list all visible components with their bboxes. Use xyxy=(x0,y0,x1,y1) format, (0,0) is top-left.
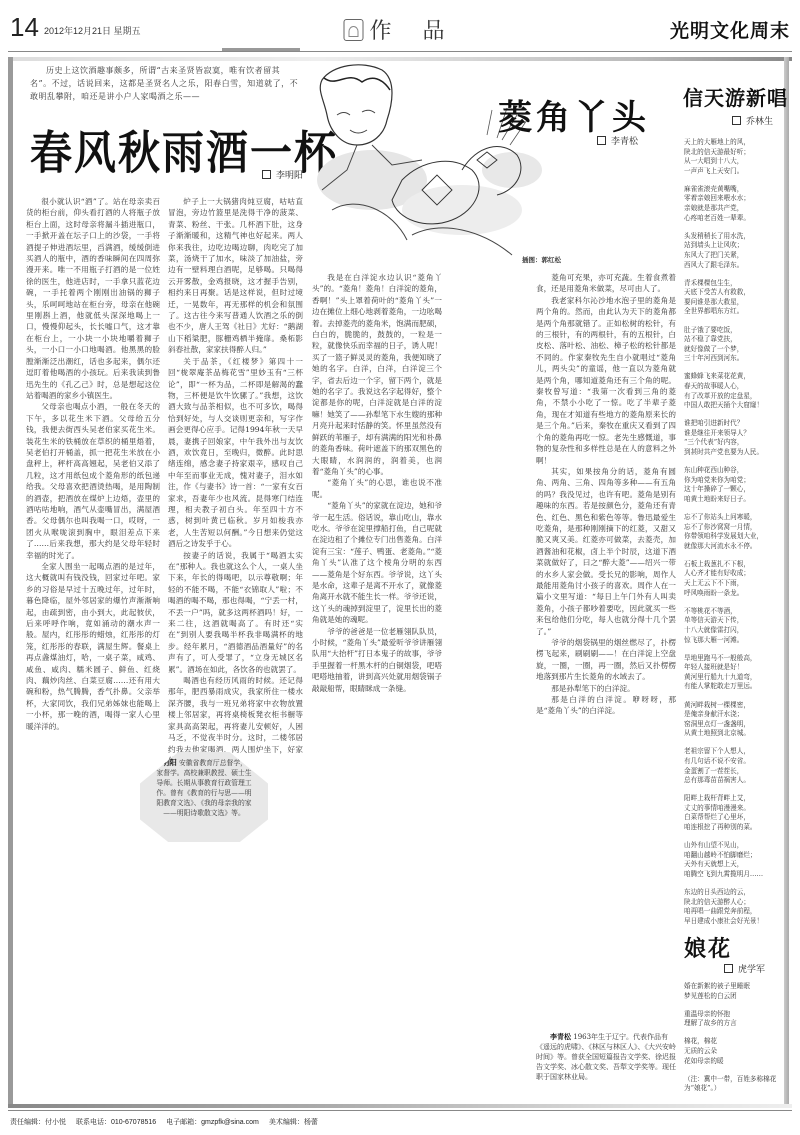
paragraph: 按妻子的话说，我属于“喝酒太实在”那种人。我也就这么个人，一桌人坐下来，年长的得… xyxy=(168,550,303,675)
paragraph: 我是在白洋淀水边认识“菱角丫头”的。“菱角！菱角！白洋淀的菱角，香啊！”头上罩着… xyxy=(312,272,442,477)
article2-byline: 李青松 xyxy=(597,134,638,147)
poem-line: 人心齐才能有好收成； xyxy=(684,569,782,579)
poem-line: 总有那毒苗苗祸害人。 xyxy=(684,776,782,786)
paragraph: 关于品茶，《红楼梦》第四十一回“栊翠庵茶品梅花雪”里妙玉有“三杯论”，即“一杯为… xyxy=(168,356,303,550)
poem-line: 年轻人接班就是好！ xyxy=(684,663,782,673)
poem-line: 站不稳了靠党扶， xyxy=(684,335,782,345)
article2-column-2: 菱角可充果，亦可充蔬。生着食煮着食，还是用菱角米做菜，尽可由人了。 我老家科尔沁… xyxy=(536,272,676,992)
poem-line: 蜜蜂蜂飞来菜花花黄， xyxy=(684,372,782,382)
article1-author: 李明阳 xyxy=(276,168,303,181)
poem-line: 站到墙头上让风吹； xyxy=(684,241,782,251)
poem-line: 东山种花西山种谷， xyxy=(684,466,782,476)
paragraph: 其实，如果按角分的话，菱角有圆角、两角、三角、四角等多种——有五角的吗？我没见过… xyxy=(536,466,676,637)
poem-line: 黄河里行船九十九道弯， xyxy=(684,673,782,683)
poem-line: 西风大了跟毛泽东。 xyxy=(684,261,782,271)
poem-line: 全世界都唱东方红。 xyxy=(684,307,782,317)
footer-phone: 联系电话：010-67078516 xyxy=(76,1117,156,1127)
poem-line: 咱连根挖了再种别的菜。 xyxy=(684,823,782,833)
poem-line: 亲娘就是那共产党， xyxy=(684,204,782,214)
poem-stanza: 谁把咱引进新时代？谁是继往开来领导人？“三个代表”好内容，到甚时共产党也要为人民… xyxy=(684,419,782,457)
byline-box-icon xyxy=(262,170,271,179)
poem-line: 零着亲娘回来喂水水； xyxy=(684,194,782,204)
footer-editor: 责任编辑：付小悦 xyxy=(10,1117,66,1127)
poem-line: 三十年河西到河东。 xyxy=(684,354,782,364)
paragraph: 我老家科尔沁沙地水泡子里的菱角是两个角的。然而，由此认为天下的菱角都是两个角那就… xyxy=(536,295,676,466)
masthead: 14 2012年12月21日 星期五 作 品 光明文化周末 xyxy=(8,10,792,50)
poem-line: 咱腾空飞到九霄揽明月…… xyxy=(684,870,782,880)
illustration-credit: 插图：郭红松 xyxy=(522,255,561,264)
poem-stanza: 东山种花西山种谷，你为咱党来你为咱党；这十年操碎了一颗心，咱黄土地盼来好日子。 xyxy=(684,466,782,504)
poem-line: 咱黄土地盼来好日子。 xyxy=(684,495,782,505)
poem2-author: 虎学军 xyxy=(738,962,765,975)
footer-email: 电子邮箱：gmzpfk@sina.com xyxy=(166,1117,259,1127)
poem-line: “三个代表”好内容， xyxy=(684,438,782,448)
section-header: 作 品 xyxy=(344,14,457,45)
poem-stanza: 青禾棵棵包生生，天底下受苦人有救救，要问谁是那大救星，全世界都唱东方红。 xyxy=(684,279,782,317)
poem-stanza: 山外有山望不见山，咱翻山越岭不怕脚磨烂；天外有天就想上天，咱腾空飞到九霄揽明月…… xyxy=(684,841,782,879)
paragraph: 爷爷的爸爸是一位老雁翎队队员，小时候，“菱角丫头”最爱听爷爷讲雁翎队用“大抬杆”… xyxy=(312,626,442,694)
poem-line: 从黄土地照到北京城。 xyxy=(684,729,782,739)
paragraph: 很小就认识“酒”了。站在母亲卖百货的柜台前，仰头看打酒的人将瓶子放柜台上面，这时… xyxy=(26,196,160,401)
paragraph: 全家人围坐一起喝点酒的是过年，这大概就叫有钱没钱，回家过年吧。家乡的习俗是早过十… xyxy=(26,561,160,732)
byline-box-icon xyxy=(732,116,741,125)
poem-stanza: 不等桃花不等酒，单等信天游天下传，十八大就像雷打闪，惊飞那大雁一河滩。 xyxy=(684,607,782,645)
poem-line: 惊飞那大雁一河滩。 xyxy=(684,636,782,646)
poem-line: 谁把咱引进新时代？ xyxy=(684,419,782,429)
poem-stanza: 阳畔上栽杆背畔上艾，丈丈的事情咱漫漫来。白菜帮帮烂了心里坏，咱连根挖了再种别的菜… xyxy=(684,794,782,832)
paragraph: 父母亲也喝点小酒，一般在冬天的下午，多以花生米下酒。父母给五分钱，我便去街西头吴… xyxy=(26,401,160,561)
byline-box-icon xyxy=(597,136,606,145)
footer-credits: 责任编辑：付小悦 联系电话：010-67078516 电子邮箱：gmzpfk@s… xyxy=(10,1117,318,1127)
bio-name: 李青松 xyxy=(550,1032,571,1041)
article2-column-1: 我是在白洋淀水边认识“菱角丫头”的。“菱角！菱角！白洋淀的菱角，香啊！”头上罩着… xyxy=(312,272,442,1104)
paragraph: 爷爷的烟袋锅里的烟丝燃尽了，扑楞楞飞起来，刷刷刷——！在白洋淀上空盘旋，一圈，一… xyxy=(536,637,676,683)
poem-line: 这十年操碎了一颗心， xyxy=(684,485,782,495)
poem-line: 金蛋割了一茬茬长， xyxy=(684,767,782,777)
poem-line: 呼风唤雨盼一条龙。 xyxy=(684,589,782,599)
poem-line: 不等桃花不等酒， xyxy=(684,607,782,617)
poem-line: 你带领咱科学发展划大业， xyxy=(684,532,782,542)
poem-line: 有能人掌舵敢走万里远。 xyxy=(684,682,782,692)
article1-column-2: 炉子上一大锅猪肉炖豆腐，咕咕直冒泡，旁边竹篮里是洗得干净的菠菜、青菜、粉丝、干张… xyxy=(168,196,303,1101)
poem-note: （注：冀中一带，百姓多称棉花为“娘花”。） xyxy=(684,1075,782,1094)
poem-line: 天外有天就想上天， xyxy=(684,860,782,870)
paragraph: 菱角可充果，亦可充蔬。生着食煮着食，还是用菱角米做菜，尽可由人了。 xyxy=(536,272,676,295)
poem-line: 山外有山望不见山， xyxy=(684,841,782,851)
poem2-title: 娘花 xyxy=(684,932,732,963)
masthead-rule xyxy=(8,51,792,52)
poem-line: 丈丈的事情咱漫漫来。 xyxy=(684,804,782,814)
poem-line: 肚子饿了要吃饭， xyxy=(684,326,782,336)
frame-right-bar xyxy=(784,57,789,1107)
poem-stanza: 东边的日头西边的云，陕北的信天游醉人心；咱再唱一曲跟党奔前程，早日建成小康社会好… xyxy=(684,888,782,926)
newspaper-logo: 光明文化周末 xyxy=(670,16,790,43)
footer-rule xyxy=(8,1110,792,1111)
poem-line: 重温母亲的怀抱 xyxy=(684,1010,782,1020)
poem-stanza: 麻雀雀滚壳黄嘴嘴，零着亲娘回来喂水水；亲娘就是那共产党，心疼咱老百姓一辈辈。 xyxy=(684,185,782,223)
poem-line: 天底下受苦人有救救， xyxy=(684,288,782,298)
paragraph: 炉子上一大锅猪肉炖豆腐，咕咕直冒泡，旁边竹篮里是洗得干净的菠菜、青菜、粉丝、干张… xyxy=(168,196,303,356)
poem1-title: 信天游新唱 xyxy=(683,82,788,111)
poem-line: 头发稍稍长了用水洗， xyxy=(684,232,782,242)
poem-stanza: 黄河畔栽树一棵棵密，是俺亲身献汗水浇；窑洞里点灯一盏盏明，从黄土地照到北京城。 xyxy=(684,701,782,739)
poem-stanza: 旱地里跑马不一般般高，年轻人接班就是好！黄河里行船九十九道弯，有能人掌舵敢走万里… xyxy=(684,654,782,692)
poem-line: 阳畔上栽杆背畔上艾， xyxy=(684,794,782,804)
poem-line: 白菜帮帮烂了心里坏， xyxy=(684,813,782,823)
poem1-body: 天上的大雁地上的风，陕北的信天游最好听；从一大唱到十八大，一声声飞上天安门。麻雀… xyxy=(684,138,782,935)
poem-line: 陕北的信天游最好听； xyxy=(684,148,782,158)
poem-line: 花如母亲的暖 xyxy=(684,1057,782,1067)
poem-stanza: 天上的大雁地上的风，陕北的信天游最好听；从一大唱到十八大，一声声飞上天安门。 xyxy=(684,138,782,176)
poem2-body: 婚在新絮的被子里睡眠梦见莲松的白云团重温母亲的怀抱理解了故乡的方言棉花，棉花无质… xyxy=(684,982,782,1102)
paragraph: “菱角丫头”的心思，谁也说不准呢。 xyxy=(312,477,442,500)
poem-line: 陕北的信天游醉人心； xyxy=(684,898,782,908)
poem-line: 旱地里跑马不一般般高， xyxy=(684,654,782,664)
section-name: 作 品 xyxy=(370,14,457,45)
poem-line: 要问谁是那大救星， xyxy=(684,298,782,308)
article2-author: 李青松 xyxy=(611,134,638,147)
poem-line: 十八大就像雷打闪， xyxy=(684,626,782,636)
article1-lede: 历史上这饮酒趣事颇多，所谓“古来圣贤皆寂寞，唯有饮者留其名”。不过，话说回来，这… xyxy=(30,64,300,103)
poem-line: 老祖宗留下个人想人， xyxy=(684,747,782,757)
poem-stanza: 肚子饿了要吃饭，站不稳了靠党扶，就好像做了一个梦，三十年河西到河东。 xyxy=(684,326,782,364)
paragraph: 那是孙犁笔下的白洋淀。 xyxy=(536,683,676,694)
book-emblem-icon xyxy=(344,19,364,41)
article2-title: 菱角丫头 xyxy=(498,90,650,139)
poem-stanza: 老祖宗留下个人想人，有几句话不说不安省。金蛋割了一茬茬长，总有那毒苗苗祸害人。 xyxy=(684,747,782,785)
poem-line: 春天的故事暖人心， xyxy=(684,382,782,392)
poem2-byline: 虎学军 xyxy=(724,962,765,975)
poem-stanza: 重温母亲的怀抱理解了故乡的方言 xyxy=(684,1010,782,1029)
article1-column-1: 很小就认识“酒”了。站在母亲卖百货的柜台前，仰头看打酒的人将瓶子放柜台上面，这时… xyxy=(26,196,160,1101)
footer-art-editor: 美术编辑：杨蕾 xyxy=(269,1117,318,1127)
poem-line: 咱翻山越岭不怕脚磨烂； xyxy=(684,851,782,861)
poem-line: 天上无云下不下雨， xyxy=(684,579,782,589)
poem-line: 有了改革开放的定盘星， xyxy=(684,392,782,402)
poem-line: 婚在新絮的被子里睡眠 xyxy=(684,982,782,992)
article1-byline: 李明阳 xyxy=(262,168,303,181)
frame-bottom-bar xyxy=(8,1104,792,1108)
poem-line: 窑洞里点灯一盏盏明， xyxy=(684,720,782,730)
paragraph: “菱角丫头”的家就在淀边，她和爷爷一起生活。俗话说，靠山吃山，靠水吃水。爷爷在淀… xyxy=(312,500,442,625)
poem-line: 天上的大雁地上的风， xyxy=(684,138,782,148)
poem-line: 早日建成小康社会好光景！ xyxy=(684,917,782,927)
poem-line: 你为咱党来你为咱党； xyxy=(684,476,782,486)
poem-line: 就像那大河流水永不停。 xyxy=(684,542,782,552)
poem-stanza: 石板上栽葱扎不下根，人心齐才能有好收成；天上无云下不下雨，呼风唤雨盼一条龙。 xyxy=(684,560,782,598)
byline-box-icon xyxy=(724,964,733,973)
poem-line: 单等信天游天下传， xyxy=(684,616,782,626)
poem-line: 谁是继往开来领导人？ xyxy=(684,429,782,439)
poem1-author: 乔林生 xyxy=(746,114,773,127)
poem-line: 东边的日头西边的云， xyxy=(684,888,782,898)
poem-line: 黄河畔栽树一棵棵密， xyxy=(684,701,782,711)
poem-line: 咱再唱一曲跟党奔前程， xyxy=(684,907,782,917)
issue-date: 2012年12月21日 星期五 xyxy=(44,24,141,37)
poem-line: 忘不了你站头上问寒暖， xyxy=(684,513,782,523)
poem-stanza: 忘不了你站头上问寒暖，忘不了你沙窝窝一月情，你带领咱科学发展划大业，就像那大河流… xyxy=(684,513,782,551)
poem1-byline: 乔林生 xyxy=(732,114,773,127)
author-bio-text: 安徽省教育厅总督学，国家督学。高校兼职教授、硕士生导师。长期从事教育行政管理工作… xyxy=(156,759,253,817)
poem-line: 忘不了你沙窝窝一月情， xyxy=(684,523,782,533)
poem-stanza: 蜜蜂蜂飞来菜花花黄，春天的故事暖人心，有了改革开放的定盘星，中国人敢把天捅个大窟… xyxy=(684,372,782,410)
poem-line: 青禾棵棵包生生， xyxy=(684,279,782,289)
poem-line: 中国人敢把天捅个大窟窿！ xyxy=(684,401,782,411)
poem-line: 心疼咱老百姓一辈辈。 xyxy=(684,214,782,224)
article2-author-bio: 李青松 1963年生于辽宁。代表作品有《遥远的虎啸》、《林区与林区人》、《大兴安… xyxy=(536,1032,676,1082)
poem-stanza: 婚在新絮的被子里睡眠梦见莲松的白云团 xyxy=(684,982,782,1001)
poem-line: 东风大了把门关紧， xyxy=(684,251,782,261)
poem-line: 理解了故乡的方言 xyxy=(684,1019,782,1029)
poem-line: 是俺亲身献汗水浇； xyxy=(684,710,782,720)
poem-line: 梦见莲松的白云团 xyxy=(684,992,782,1002)
frame-left-bar xyxy=(8,57,13,1107)
paragraph: 那是白洋的白洋淀。咿呀呀，那是“菱角丫头”的白洋淀。 xyxy=(536,694,676,717)
poem-stanza: 头发稍稍长了用水洗，站到墙头上让风吹；东风大了把门关紧，西风大了跟毛泽东。 xyxy=(684,232,782,270)
poem-line: 从一大唱到十八大， xyxy=(684,157,782,167)
poem-line: 有几句话不说不安省。 xyxy=(684,757,782,767)
poem-stanza: 棉花，棉花无质的云朵花如母亲的暖 xyxy=(684,1037,782,1066)
poem-line: 棉花，棉花 xyxy=(684,1037,782,1047)
poem-line: 就好像做了一个梦， xyxy=(684,345,782,355)
poem-line: 无质的云朵 xyxy=(684,1047,782,1057)
poem-line: 一声声飞上天安门。 xyxy=(684,167,782,177)
poem-line: 到甚时共产党也要为人民。 xyxy=(684,448,782,458)
page-number: 14 xyxy=(10,12,39,43)
